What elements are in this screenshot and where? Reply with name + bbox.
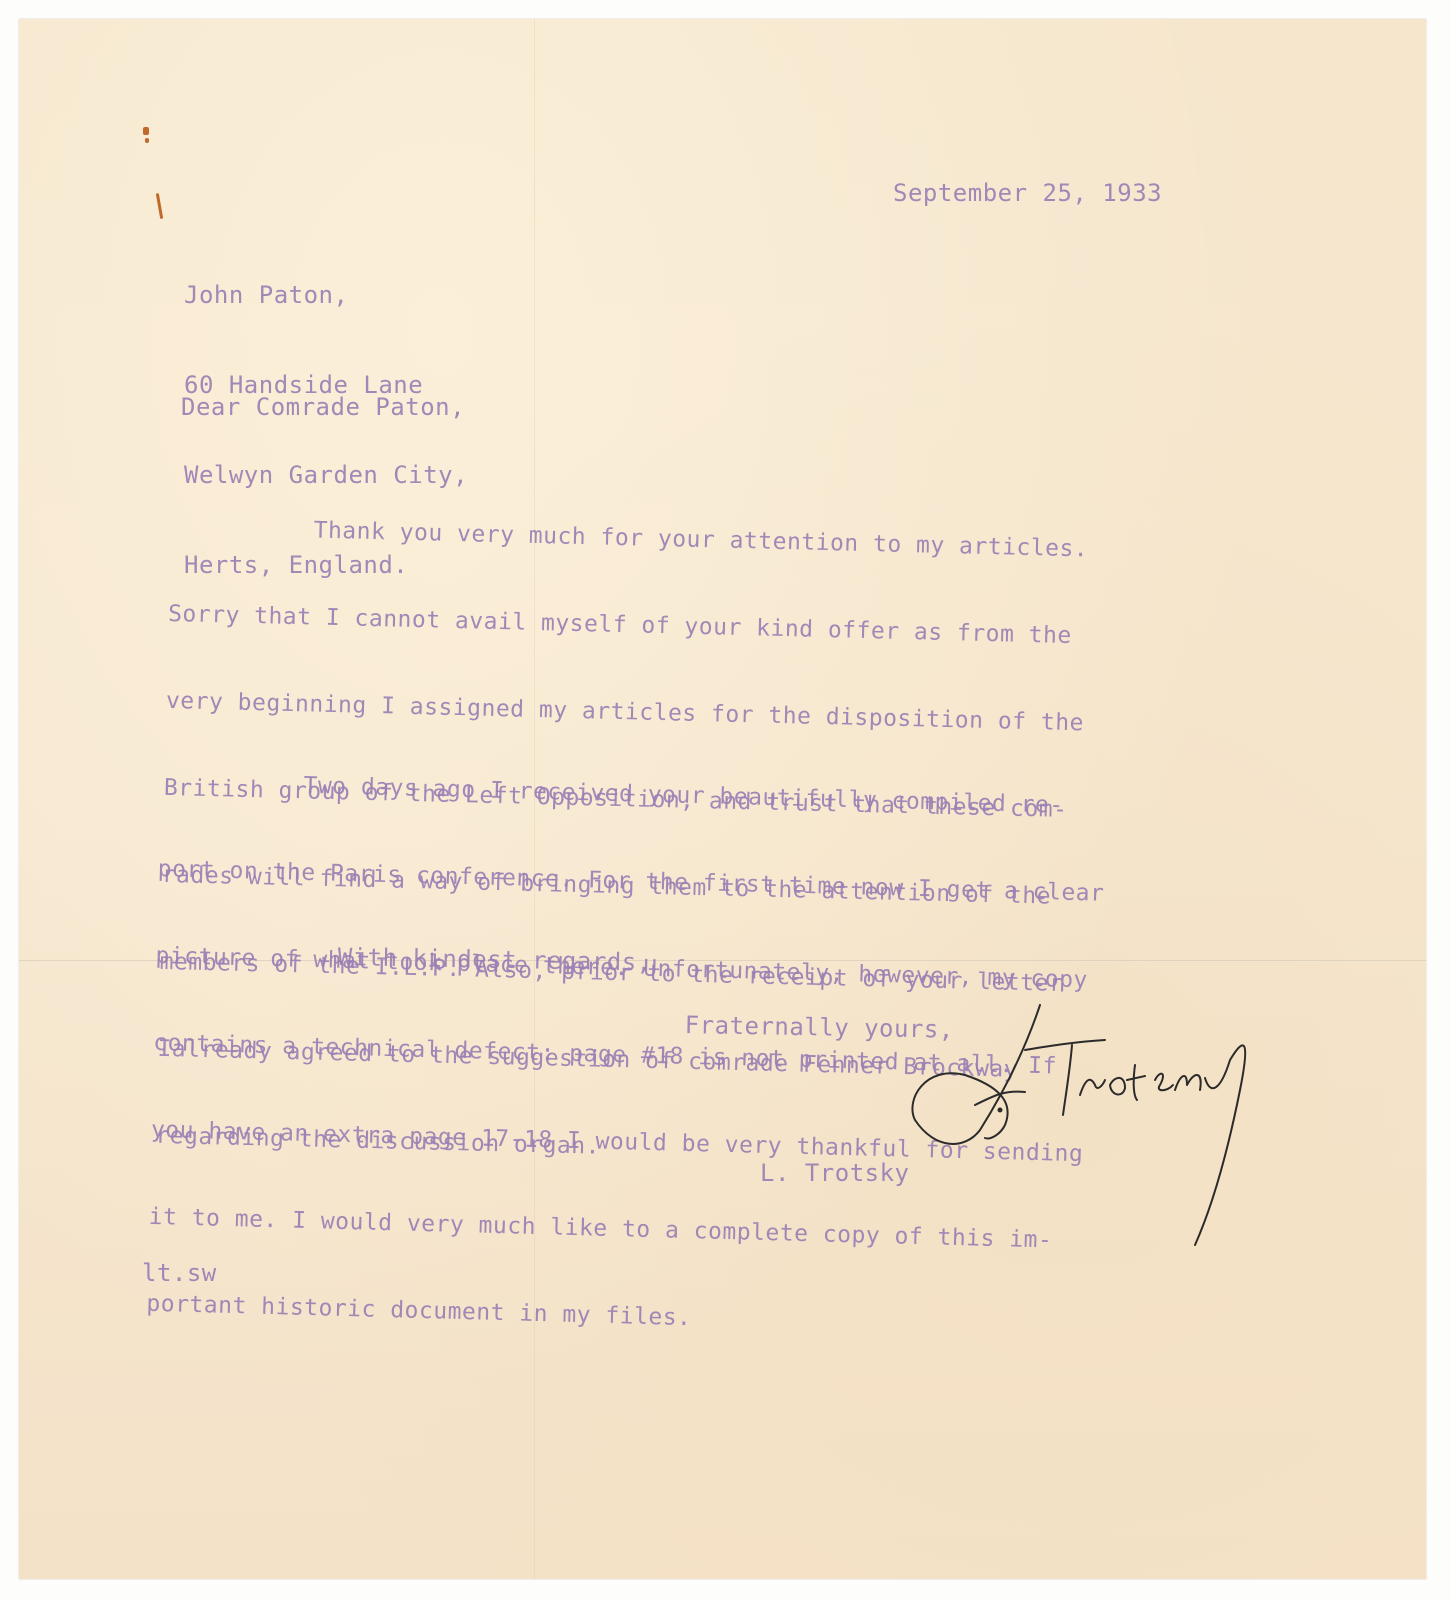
closing: With kindest regards,: [337, 942, 651, 977]
letter-date: September 25, 1933: [893, 178, 1162, 208]
rust-staple-mark: [145, 138, 149, 143]
reference-initials: lt.sw: [142, 1258, 217, 1288]
salutation: Dear Comrade Paton,: [181, 392, 465, 422]
address-line: John Paton,: [184, 280, 468, 310]
paragraph-line: Two days ago I received your beautifully…: [160, 768, 1107, 822]
rust-staple-mark: [156, 193, 163, 219]
paragraph-line: port on the Paris conference. For the fi…: [157, 855, 1104, 909]
paragraph-line: Thank you very much for your attention t…: [170, 513, 1089, 564]
paragraph-line: portant historic document in my files.: [146, 1290, 1093, 1344]
rust-staple-mark: [143, 127, 149, 135]
paragraph-line: Sorry that I cannot avail myself of your…: [168, 600, 1087, 651]
handwritten-signature: L. Trotsky: [905, 1000, 1305, 1260]
typed-signature-name: L. Trotsky: [760, 1158, 910, 1188]
